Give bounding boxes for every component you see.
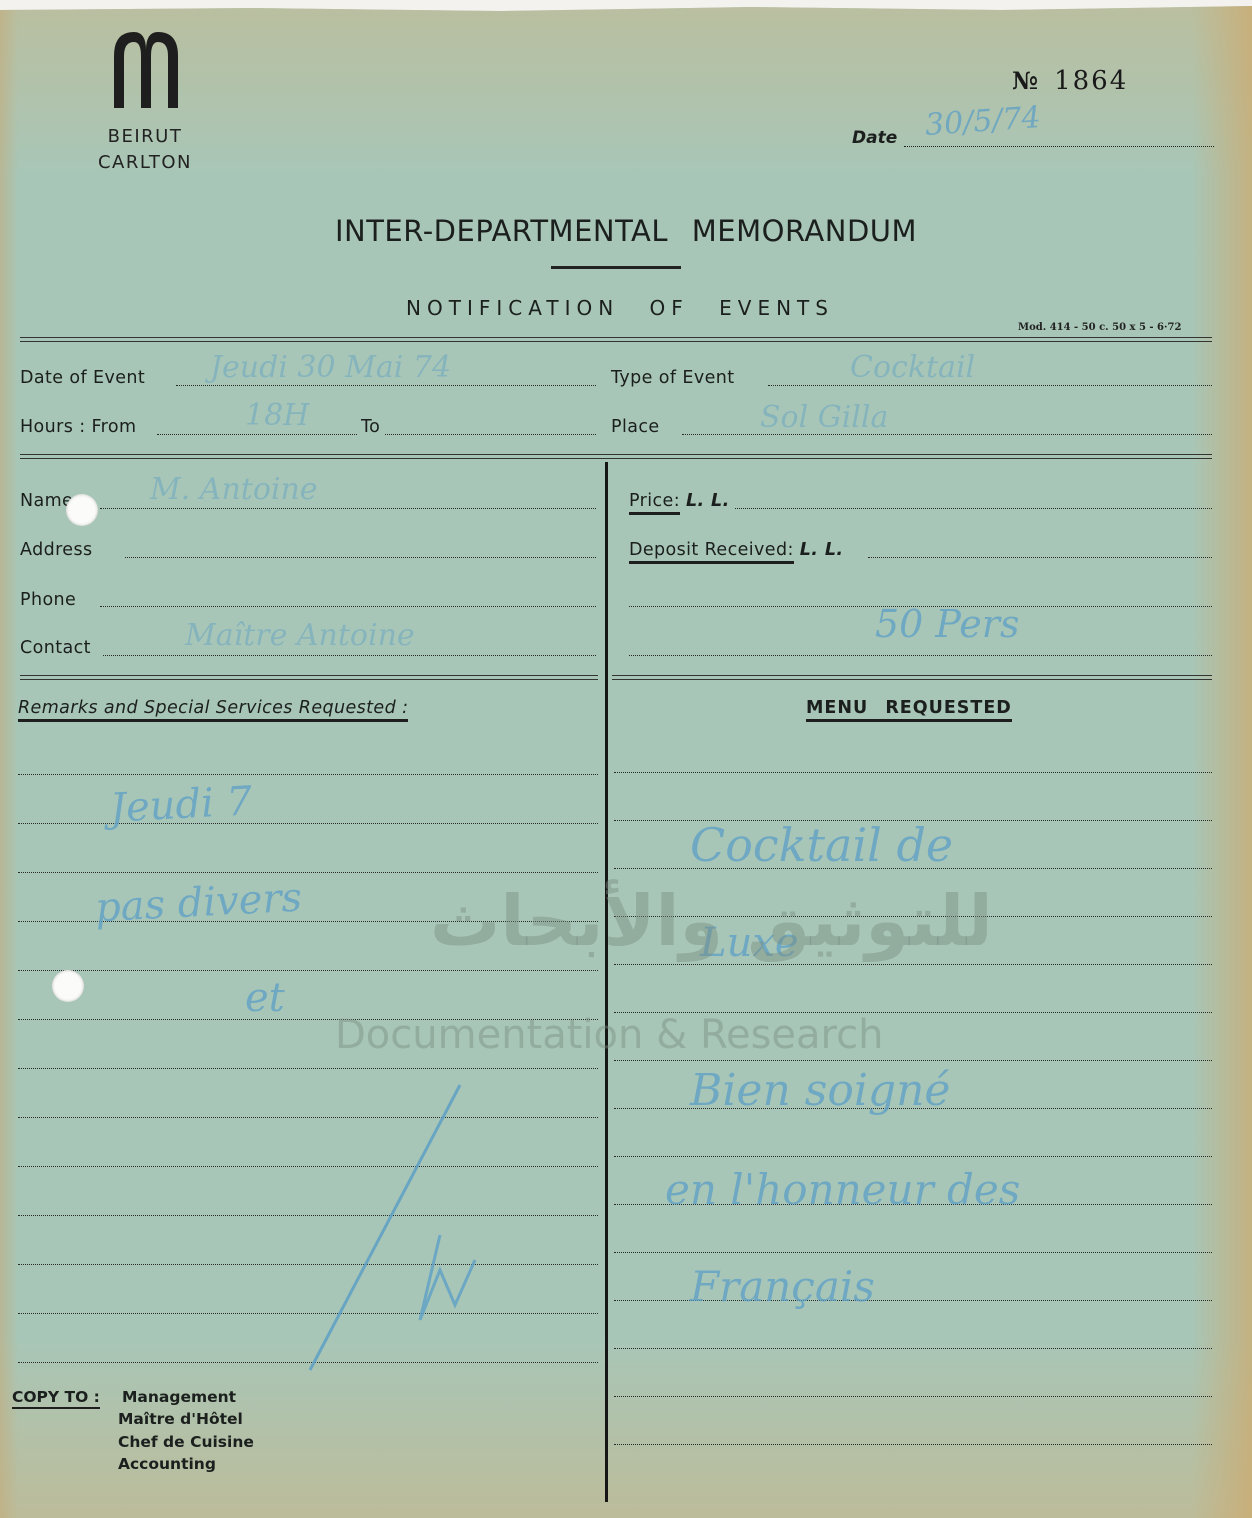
copy-to-item: Maître d'Hôtel (118, 1408, 243, 1431)
name-field[interactable] (100, 508, 596, 509)
phone-label: Phone (20, 590, 76, 610)
remarks-line[interactable] (18, 1068, 598, 1069)
menu-line[interactable] (614, 1348, 1212, 1349)
place-label: Place (611, 417, 660, 437)
copy-to-label-wrap: COPY TO : (12, 1386, 100, 1409)
date-of-event-label: Date of Event (20, 368, 145, 388)
menu-handwritten-3: Bien soigné (690, 1065, 950, 1116)
punch-hole-top (66, 494, 98, 526)
numero-sign: № (1012, 66, 1040, 95)
title-rule (551, 266, 681, 269)
menu-handwritten-1: Cocktail de (690, 818, 953, 872)
copy-to-item: Chef de Cuisine (118, 1431, 254, 1454)
hotel-logo-m-icon (108, 26, 184, 108)
signature: M (470, 1190, 471, 1191)
hours-from-value: 18H (245, 398, 309, 433)
remarks-line[interactable] (18, 872, 598, 873)
date-of-event-value: Jeudi 30 Mai 74 (210, 350, 451, 385)
remarks-line[interactable] (18, 823, 598, 824)
remarks-line[interactable] (18, 774, 598, 775)
type-of-event-value: Cocktail (850, 350, 975, 385)
deposit-field[interactable] (868, 557, 1212, 558)
phone-field[interactable] (100, 606, 596, 607)
signature-stroke-icon (290, 1075, 490, 1375)
date-of-event-field[interactable] (176, 385, 596, 386)
menu-handwritten-4: en l'honneur des (665, 1165, 1020, 1214)
place-value: Sol Gilla (760, 400, 888, 435)
serial-number: №1864 (1012, 66, 1128, 96)
remarks-handwritten-3: et (245, 975, 285, 1021)
menu-line[interactable] (614, 772, 1212, 773)
client-divider (20, 675, 598, 680)
hours-from-label: Hours : From (20, 417, 136, 437)
address-field[interactable] (125, 557, 596, 558)
copy-to-first: Management (122, 1386, 236, 1409)
pricing-divider (612, 675, 1212, 680)
menu-heading-wrap: MENU REQUESTED (806, 698, 1012, 718)
punch-hole-bottom (52, 970, 84, 1002)
remarks-heading: Remarks and Special Services Requested : (18, 698, 408, 722)
deposit-label-group: Deposit Received: L. L. (629, 540, 843, 560)
price-label-group: Price: L. L. (629, 491, 730, 511)
deposit-label: Deposit Received: (629, 540, 794, 564)
watermark-arabic: للتوثيق والأبحاث (430, 880, 993, 962)
remarks-line[interactable] (18, 970, 598, 971)
hours-to-field[interactable] (385, 434, 596, 435)
price-label: Price: (629, 491, 680, 515)
date-label: Date (852, 128, 897, 148)
header-divider (20, 337, 1212, 342)
menu-line[interactable] (614, 1156, 1212, 1157)
form-code: Mod. 414 - 50 c. 50 x 5 - 6·72 (1018, 322, 1181, 333)
hours-from-field[interactable] (157, 434, 357, 435)
persons-value: 50 Pers (875, 602, 1019, 646)
hours-to-label: To (361, 417, 380, 437)
date-field[interactable] (904, 146, 1214, 147)
watermark-english: Documentation & Research (335, 1012, 883, 1058)
contact-field[interactable] (103, 655, 596, 656)
menu-line[interactable] (614, 1396, 1212, 1397)
hotel-name-line1: BEIRUT (70, 126, 220, 147)
event-divider (20, 454, 1212, 459)
menu-heading: MENU REQUESTED (806, 698, 1012, 722)
price-currency: L. L. (686, 491, 730, 511)
menu-line[interactable] (614, 1060, 1212, 1061)
name-value: M. Antoine (150, 472, 318, 507)
menu-handwritten-5: Français (690, 1262, 875, 1311)
copy-to-item: Accounting (118, 1453, 216, 1476)
menu-line[interactable] (614, 1252, 1212, 1253)
pricing-extra-field-2[interactable] (629, 655, 1212, 656)
hotel-name-line2: CARLTON (70, 152, 220, 173)
memo-subtitle: NOTIFICATION OF EVENTS (0, 296, 1240, 320)
memo-title: INTER-DEPARTMENTAL MEMORANDUM (0, 214, 1252, 248)
type-of-event-field[interactable] (768, 385, 1212, 386)
remarks-heading-wrap: Remarks and Special Services Requested : (18, 698, 408, 718)
copy-to-label: COPY TO : (12, 1388, 100, 1409)
address-label: Address (20, 540, 93, 560)
deposit-currency: L. L. (800, 540, 844, 560)
contact-value: Maître Antoine (185, 618, 415, 653)
price-field[interactable] (735, 508, 1212, 509)
contact-label: Contact (20, 638, 91, 658)
menu-line[interactable] (614, 1444, 1212, 1445)
remarks-handwritten-1: Jeudi 7 (109, 778, 253, 831)
type-of-event-label: Type of Event (611, 368, 735, 388)
column-divider (605, 462, 608, 1502)
serial-value: 1864 (1054, 66, 1128, 96)
